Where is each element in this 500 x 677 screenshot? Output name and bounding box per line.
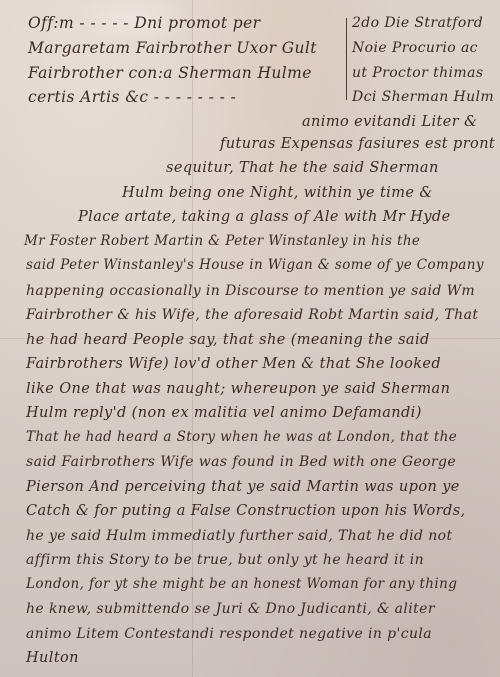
body-line-10: he had heard People say, that she (meani… <box>26 333 430 348</box>
body-line-12: like One that was naught; whereupon ye s… <box>26 382 450 397</box>
heading-line-4: certis Artis &c - - - - - - - - <box>28 90 236 106</box>
heading-line-3: Fairbrother con:a Sherman Hulme <box>28 66 312 82</box>
body-line-4: Hulm being one Night, within ye time & <box>122 186 433 201</box>
body-line-15: said Fairbrothers Wife was found in Bed … <box>26 455 456 469</box>
body-line-20: London, for yt she might be an honest Wo… <box>26 578 457 592</box>
body-line-11: Fairbrothers Wife) lov'd other Men & tha… <box>26 357 441 372</box>
body-line-6: Mr Foster Robert Martin & Peter Winstanl… <box>24 235 420 249</box>
body-line-5: Place artate, taking a glass of Ale with… <box>78 210 451 225</box>
body-line-22: animo Litem Contestandi respondet negati… <box>26 627 432 641</box>
body-line-8: happening occasionally in Discourse to m… <box>26 284 475 298</box>
margin-divider-line <box>346 18 347 100</box>
body-line-1: animo evitandi Liter & <box>302 115 477 130</box>
body-line-7: said Peter Winstanley's House in Wigan &… <box>26 259 484 273</box>
margin-line-3: ut Proctor thimas <box>352 66 483 80</box>
body-line-2: futuras Expensas fasiures est pront <box>220 137 495 152</box>
body-line-17: Catch & for puting a False Construction … <box>26 504 466 519</box>
body-line-18: he ye said Hulm immediatly further said,… <box>26 529 453 543</box>
body-line-3: sequitur, That he the said Sherman <box>166 161 439 176</box>
margin-line-1: 2do Die Stratford <box>352 16 483 30</box>
body-line-14: That he had heard a Story when he was at… <box>26 431 457 445</box>
heading-line-1: Off:m - - - - - Dni promot per <box>28 16 261 32</box>
manuscript-page: Off:m - - - - - Dni promot per Margareta… <box>0 0 500 677</box>
signature-hulton: Hulton <box>26 651 79 666</box>
body-line-13: Hulm reply'd (non ex malitia vel animo D… <box>26 406 422 421</box>
margin-line-4: Dci Sherman Hulm <box>352 90 494 104</box>
body-line-21: he knew, submittendo se Juri & Dno Judic… <box>26 602 435 616</box>
body-line-16: Pierson And perceiving that ye said Mart… <box>26 480 460 495</box>
body-line-9: Fairbrother & his Wife, the aforesaid Ro… <box>26 308 478 322</box>
margin-line-2: Noie Procurio ac <box>352 41 478 55</box>
heading-line-2: Margaretam Fairbrother Uxor Gult <box>28 41 317 57</box>
body-line-19: affirm this Story to be true, but only y… <box>26 553 424 567</box>
